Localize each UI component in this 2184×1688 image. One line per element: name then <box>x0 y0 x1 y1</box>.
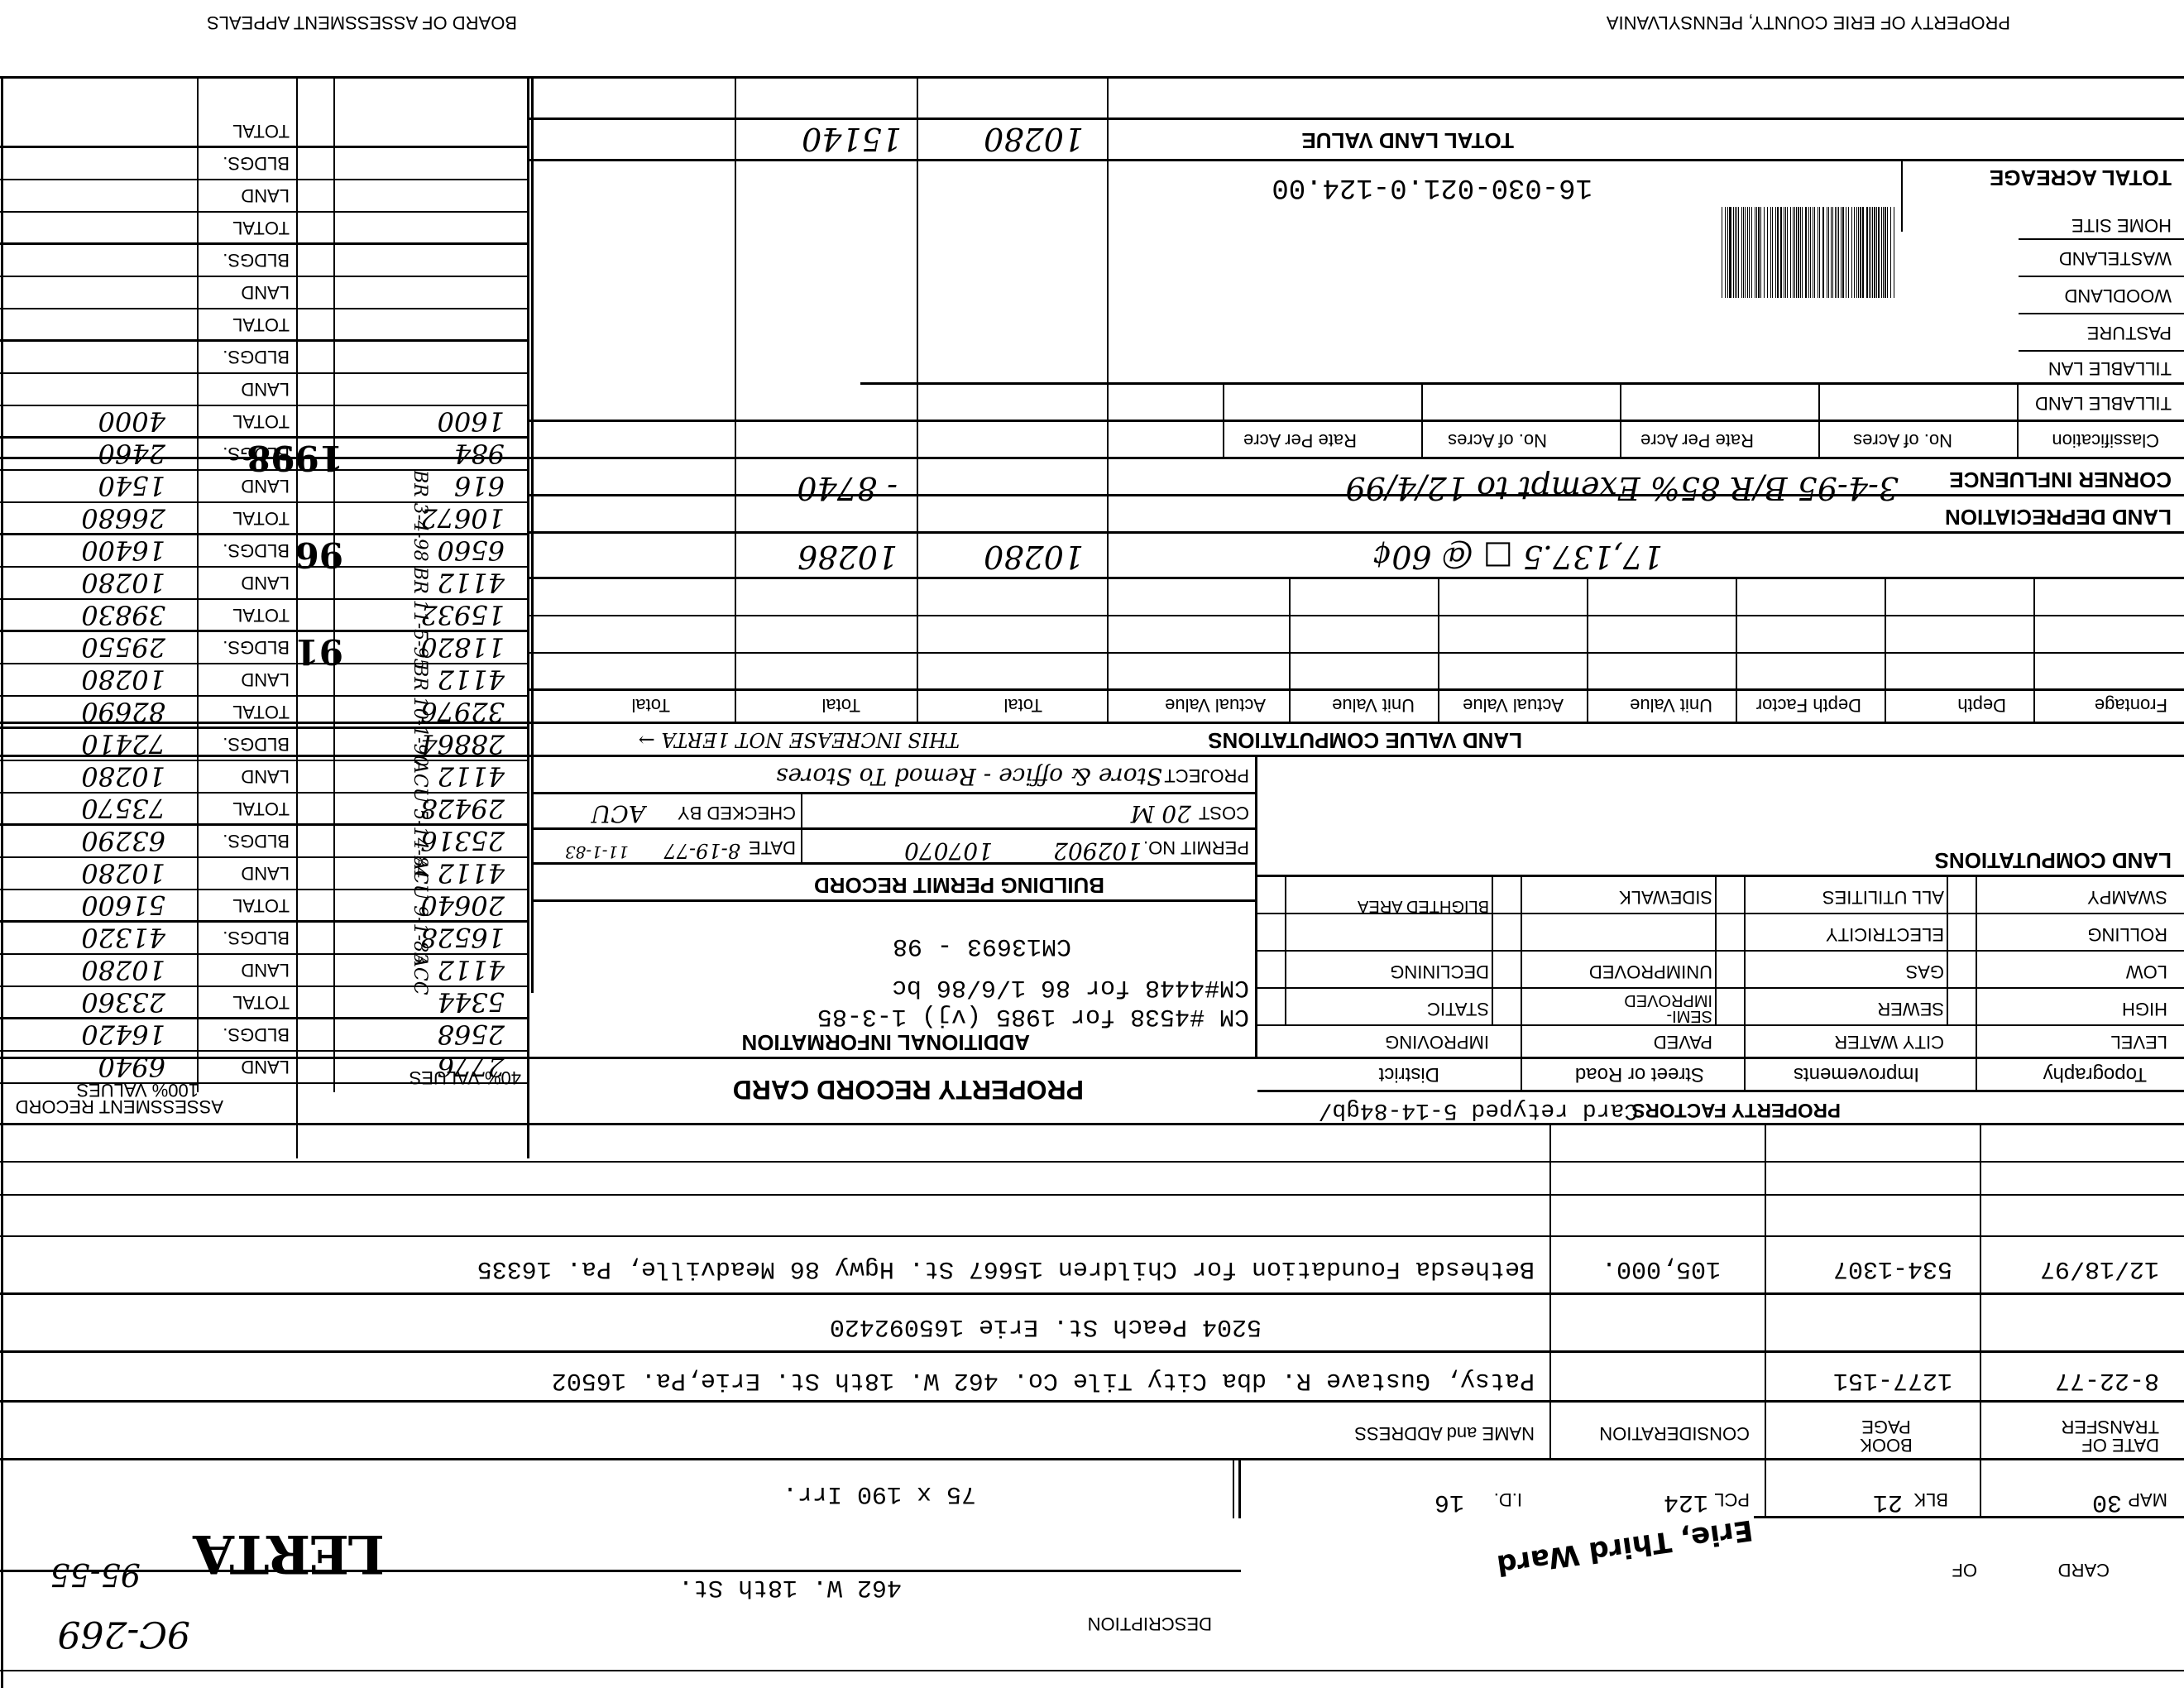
board-title: BOARD OF ASSESSMENT APPEALS <box>207 12 517 33</box>
value-40: 4112 <box>438 857 505 889</box>
barcode-bar <box>1831 207 1832 298</box>
transfer-name: 5204 Peach St. Erie 165092420 <box>830 1312 1262 1340</box>
permit-date-2: 11-1-83 <box>565 842 629 862</box>
barcode-bar <box>1730 207 1731 298</box>
divider <box>860 382 2184 385</box>
divider <box>1289 579 1291 724</box>
barcode-bar <box>1866 207 1867 298</box>
col-acres-2: No. of Acres <box>1448 429 1547 451</box>
factor-all-utilities: ALL UTILITIES <box>1822 886 1944 908</box>
barcode-bar <box>1848 207 1849 298</box>
divider <box>529 117 2184 120</box>
divider <box>1620 385 1621 459</box>
lerta-note: 95-55 <box>50 1556 141 1593</box>
barcode-bar <box>1741 207 1742 298</box>
value-100: 1540 <box>98 470 165 501</box>
value-100: 29550 <box>81 631 165 663</box>
barcode-bar <box>1793 207 1794 298</box>
value-40: 2776 <box>438 1051 505 1082</box>
value-100: 23360 <box>81 986 165 1018</box>
pcl-label: PCL <box>1714 1489 1750 1510</box>
divider <box>1223 385 1224 459</box>
permit-no-1: 102902 <box>1053 837 1142 865</box>
col-date-of-transfer: DATE OF TRANSFER <box>1994 1417 2159 1454</box>
factor-blighted-area: BLIGHTED AREA <box>1340 898 1489 914</box>
barcode-bar <box>1755 207 1755 298</box>
factor-gas: GAS <box>1906 961 1944 982</box>
divider <box>0 1350 2184 1353</box>
lerta-stamp: LERTA <box>194 1523 385 1585</box>
row-label: BLDGS. <box>223 249 290 271</box>
row-label: LAND <box>241 959 290 981</box>
barcode-bar <box>1814 207 1815 298</box>
permit-no-label: PERMIT NO. <box>1143 837 1249 858</box>
row-label: BLDGS. <box>223 346 290 367</box>
barcode-bar <box>1860 207 1861 298</box>
value-40: 16528 <box>420 922 505 953</box>
col-unit-value-2: Unit Value <box>1332 694 1415 716</box>
barcode-bar <box>1749 207 1750 298</box>
barcode-bar <box>1758 207 1759 298</box>
divider <box>1754 1516 2184 1518</box>
barcode-bar <box>1772 207 1773 298</box>
barcode-bar <box>1894 207 1894 298</box>
id-label: I.D. <box>1494 1489 1522 1510</box>
additional-info-line-2: CM#4448 for 86 1/6/86 bc <box>892 973 1249 1001</box>
row-label: TOTAL <box>232 991 290 1013</box>
value-40: 4112 <box>438 567 505 598</box>
divider <box>1976 1059 1977 1092</box>
divider <box>0 242 529 245</box>
acreage-row-tillable-lan: TILLABLE LAN <box>2048 357 2172 379</box>
divider <box>296 79 298 1158</box>
barcode-bar <box>1780 207 1781 298</box>
barcode-bar <box>1798 207 1799 298</box>
divider <box>0 372 529 374</box>
value-100: 6940 <box>98 1051 165 1082</box>
factor-electricity: ELECTRICITY <box>1826 923 1944 945</box>
row-label: TOTAL <box>232 410 290 432</box>
property-record-card-title: PROPERTY RECORD CARD <box>733 1074 1084 1105</box>
divider <box>1587 579 1588 724</box>
col-classification: Classification <box>2052 429 2159 451</box>
divider <box>2019 238 2184 240</box>
factor-low: LOW <box>2126 961 2167 982</box>
value-40: 11820 <box>420 631 505 663</box>
factor-semi-improved: SEMI-IMPROVED <box>1597 992 1712 1024</box>
divider <box>1257 1024 2184 1026</box>
row-label: LAND <box>241 281 290 303</box>
barcode-bar <box>1854 207 1855 298</box>
divider <box>0 722 2184 724</box>
divider <box>1715 877 1717 1026</box>
barcode-bar <box>1823 207 1824 298</box>
divider <box>0 339 529 342</box>
row-label: LAND <box>241 669 290 690</box>
col-total-2: Total <box>822 694 860 716</box>
map-value: 30 <box>2092 1488 2122 1516</box>
divider <box>197 79 199 1092</box>
col-actual-value-2: Actual Value <box>1165 694 1266 716</box>
barcode-bar <box>1851 207 1852 298</box>
value-100: 10280 <box>81 664 165 695</box>
barcode-bar <box>1722 207 1722 298</box>
divider <box>1744 1059 1746 1092</box>
frame-right <box>1 79 3 1688</box>
row-label: LAND <box>241 862 290 884</box>
additional-info-line-3: CM13693 - 98 <box>893 932 1071 960</box>
divider <box>0 1670 2184 1671</box>
row-label: BLDGS. <box>223 636 290 658</box>
divider <box>0 1458 2184 1460</box>
divider <box>1818 385 1820 459</box>
value-40: 4112 <box>438 954 505 985</box>
checked-by-label: CHECKED BY <box>678 802 796 823</box>
barcode-bar <box>1842 207 1843 298</box>
barcode-bar <box>1837 207 1837 298</box>
assessment-year: 1998 <box>247 438 343 478</box>
barcode-bar <box>1872 207 1873 298</box>
row-label: TOTAL <box>232 314 290 335</box>
barcode-bar <box>1885 207 1885 298</box>
barcode-bar <box>1727 207 1728 298</box>
divider <box>1233 1460 1234 1518</box>
row-label: TOTAL <box>232 894 290 916</box>
barcode-bar <box>1846 207 1846 298</box>
value-40: 10672 <box>420 502 505 534</box>
barcode-bar <box>1874 207 1875 298</box>
barcode-bar <box>1885 207 1886 298</box>
parcel-barcode <box>1564 207 1894 298</box>
divider <box>1255 757 1257 1059</box>
total-land-value-label: TOTAL LAND VALUE <box>1301 127 1514 153</box>
acreage-row-home-site: HOME SITE <box>2071 214 2172 236</box>
value-100: 10280 <box>81 954 165 985</box>
divider <box>1107 79 1109 161</box>
property-factors-title: PROPERTY FACTORS <box>1632 1098 1842 1121</box>
barcode-bar <box>1832 207 1833 298</box>
divider <box>529 615 2184 616</box>
col-name-address: NAME and ADDRESS <box>1354 1422 1535 1444</box>
county-title: PROPERTY OF ERIE COUNTY, PENNSYLVANIA <box>1607 12 2010 33</box>
barcode-bar <box>1861 207 1861 298</box>
value-100: 10280 <box>81 857 165 889</box>
blk-value: 21 <box>1873 1488 1903 1516</box>
barcode-bar <box>1883 207 1884 298</box>
land-computations-title: LAND COMPUTATIONS <box>1935 847 2172 873</box>
value-100: 73570 <box>81 793 165 824</box>
divider <box>2017 385 2019 459</box>
of-label: OF <box>1952 1559 1977 1580</box>
barcode-bar <box>1800 207 1801 298</box>
blk-label: BLK <box>1913 1489 1948 1510</box>
row-label: BLDGS. <box>223 152 290 174</box>
row-label: TOTAL <box>232 507 290 529</box>
barcode-bar <box>1729 207 1730 298</box>
value-100: 72410 <box>81 728 165 760</box>
divider <box>534 827 1257 830</box>
barcode-bar <box>1810 207 1811 298</box>
row-label: TOTAL <box>232 120 290 141</box>
divider <box>2019 313 2184 314</box>
value-100: 63290 <box>81 825 165 856</box>
transfer-consideration: 105,000. <box>1602 1254 1721 1283</box>
divider <box>0 1057 2184 1059</box>
divider <box>1521 877 1522 1059</box>
barcode-bar <box>1818 207 1818 298</box>
value-40: 15932 <box>420 599 505 631</box>
divider <box>0 146 529 148</box>
row-label: LAND <box>241 765 290 787</box>
divider <box>735 161 736 724</box>
col-frontage: Frontage <box>2095 694 2167 716</box>
assessment-note: ACC <box>409 954 430 995</box>
barcode-bar <box>1841 207 1842 298</box>
barcode-bar <box>1784 207 1784 298</box>
divider <box>1257 950 2184 952</box>
ward-stamp: Erie, Third Ward <box>1495 1513 1755 1581</box>
barcode-bar <box>1760 207 1761 298</box>
barcode-bar <box>1745 207 1746 298</box>
barcode-bar <box>1751 207 1752 298</box>
divider <box>534 899 1257 902</box>
divider <box>0 1570 1241 1572</box>
cost-value: 20 M <box>1131 800 1191 827</box>
map-label: MAP <box>2128 1489 2167 1510</box>
description-address: 462 W. 18th St. <box>678 1573 902 1601</box>
barcode-bar <box>1725 207 1726 298</box>
value-40: 29428 <box>420 793 505 824</box>
value-40: 28864 <box>420 728 505 760</box>
id-value: 16 <box>1434 1488 1464 1516</box>
value-100: 82690 <box>81 696 165 727</box>
divider <box>1238 1460 1241 1518</box>
barcode-bar <box>1777 207 1778 298</box>
additional-info-line-1: CM #4538 for 1985 (vj) 1-3-85 <box>817 1002 1249 1030</box>
value-40: 32976 <box>420 696 505 727</box>
divider <box>1257 1090 2184 1092</box>
col-depth-factor: Depth Factor <box>1756 694 1861 716</box>
divider <box>1744 877 1746 1059</box>
divider <box>529 531 2184 534</box>
barcode-bar <box>1796 207 1797 298</box>
factor-level: LEVEL <box>2111 1031 2168 1053</box>
card-retyped-note: Card retyped 5-14-84gb/ <box>1319 1097 1638 1123</box>
barcode-bar <box>1827 207 1827 298</box>
total-acreage-label: TOTAL ACREAGE <box>1990 165 2172 190</box>
divider <box>0 276 529 277</box>
factor-paved: PAVED <box>1654 1031 1712 1053</box>
barcode-bar <box>1787 207 1788 298</box>
value-100: 16400 <box>81 535 165 566</box>
divider <box>529 420 2184 422</box>
checked-by-value: ACU <box>591 800 645 827</box>
barcode-bar <box>1869 207 1870 298</box>
col-rate-1: Rate Per Acre <box>1640 429 1754 451</box>
parcel-number-text: 16-030-021.0-124.00 <box>1272 171 1592 203</box>
barcode-bar <box>1775 207 1776 298</box>
project-value: Store & office - Remod To Stores <box>776 763 1162 790</box>
corner-influence-value: - 8740 <box>797 470 898 506</box>
permit-date-1: 8-19-77 <box>663 839 740 862</box>
property-record-card: PROPERTY OF ERIE COUNTY, PENNSYLVANIA BO… <box>0 0 2184 1688</box>
divider <box>1257 875 2184 877</box>
acreage-row-tillable-land: TILLABLE LAND <box>2035 392 2172 414</box>
factor-rolling: ROLLING <box>2087 923 2167 945</box>
land-depreciation-value-2: 10286 <box>797 539 898 575</box>
barcode-bar <box>1863 207 1864 298</box>
barcode-bar <box>1858 207 1859 298</box>
barcode-bar <box>1798 207 1798 298</box>
value-100: 41320 <box>81 922 165 953</box>
row-label: LAND <box>241 378 290 400</box>
divider <box>1421 385 1423 459</box>
divider <box>0 211 529 213</box>
value-40: 1600 <box>438 405 505 437</box>
value-100: 26680 <box>81 502 165 534</box>
divider <box>0 1235 2184 1237</box>
frame-top-line <box>0 76 2184 79</box>
corner-influence-label: CORNER INFLUENCE <box>1949 467 2172 492</box>
barcode-bar <box>1747 207 1748 298</box>
divider <box>0 755 2184 757</box>
factor-swampy: SWAMPY <box>2087 886 2167 908</box>
divider <box>0 1161 2184 1163</box>
corner-influence-note: 3-4-95 B/R 85% Exempt to 12/4/99 <box>1345 470 1899 506</box>
factor-col-topography: Topography <box>2043 1062 2147 1086</box>
value-100: 39830 <box>81 599 165 631</box>
divider <box>0 1292 2184 1295</box>
value-40: 4112 <box>438 664 505 695</box>
divider <box>529 652 2184 654</box>
factor-city-water: CITY WATER <box>1834 1031 1944 1053</box>
barcode-bar <box>1813 207 1813 298</box>
factor-col-district: District <box>1379 1062 1439 1086</box>
additional-info-title: ADDITIONAL INFORMATION <box>741 1029 1030 1055</box>
building-permit-title: BUILDING PERMIT RECORD <box>814 872 1104 898</box>
col-actual-value-1: Actual Value <box>1463 694 1564 716</box>
divider <box>1736 579 1737 724</box>
divider <box>0 1082 529 1084</box>
description-label: DESCRIPTION <box>1088 1613 1212 1634</box>
col-total-3: Total <box>632 694 670 716</box>
factor-sewer: SEWER <box>1877 998 1944 1019</box>
barcode-bar <box>1794 207 1795 298</box>
row-label: LAND <box>241 185 290 206</box>
divider <box>0 1194 2184 1196</box>
divider <box>1976 877 1977 1059</box>
barcode-bar <box>1781 207 1782 298</box>
value-40: 5344 <box>438 986 505 1018</box>
card-label: CARD <box>2058 1559 2110 1580</box>
value-40: 20640 <box>420 890 505 921</box>
land-value-computations-title: LAND VALUE COMPUTATIONS <box>1208 727 1522 753</box>
divider <box>1885 579 1886 724</box>
col-total-1: Total <box>1004 694 1042 716</box>
cost-label: COST <box>1199 802 1249 823</box>
increase-annotation: THIS INCREASE NOT 1ERTA → <box>639 728 960 751</box>
barcode-bar <box>1735 207 1736 298</box>
divider <box>333 79 335 1092</box>
divider <box>1980 1125 1981 1518</box>
value-40: 2568 <box>438 1019 505 1050</box>
barcode-bar <box>1867 207 1868 298</box>
col-consideration: CONSIDERATION <box>1599 1422 1750 1444</box>
description-dimensions: 75 x 190 Irr. <box>783 1479 976 1508</box>
barcode-bar <box>1881 207 1882 298</box>
value-100: 10280 <box>81 760 165 792</box>
divider <box>0 179 529 180</box>
divider <box>529 577 2184 579</box>
row-label: BLDGS. <box>223 1024 290 1045</box>
barcode-bar <box>1743 207 1744 298</box>
row-label: LAND <box>241 572 290 593</box>
assessment-year: 96 <box>295 535 343 575</box>
permit-date-label: DATE <box>749 837 796 858</box>
barcode-bar <box>1806 207 1807 298</box>
divider <box>527 79 529 1158</box>
divider <box>1257 987 2184 989</box>
divider <box>0 1123 2184 1125</box>
row-label: BLDGS. <box>223 830 290 851</box>
divider <box>2033 579 2035 724</box>
acreage-row-pasture: PASTURE <box>2087 322 2172 343</box>
permit-no-2: 107070 <box>904 837 993 865</box>
factor-sidewalk: SIDEWALK <box>1619 886 1712 908</box>
value-40: 984 <box>454 438 505 469</box>
transfer-name: Bethesda Foundation for Children 15667 S… <box>477 1254 1535 1283</box>
barcode-bar <box>1759 207 1760 298</box>
land-depreciation-label: LAND DEPRECIATION <box>1945 504 2172 530</box>
land-depreciation-note: 17,137.5 □ @ 60¢ <box>1372 539 1663 575</box>
value-100: 51600 <box>81 890 165 921</box>
col-acres-1: No. of Acres <box>1853 429 1952 451</box>
transfer-date: 12/18/97 <box>2040 1254 2159 1283</box>
value-40: 616 <box>454 470 505 501</box>
value-40: 6560 <box>438 535 505 566</box>
divider <box>1947 877 1948 1026</box>
divider <box>2019 350 2184 352</box>
divider <box>1521 1059 1522 1092</box>
barcode-bar <box>1731 207 1731 298</box>
barcode-bar <box>1819 207 1820 298</box>
barcode-bar <box>1843 207 1844 298</box>
divider <box>1492 877 1493 1026</box>
assessment-record-title: ASSESSMENT RECORD <box>16 1096 223 1117</box>
divider <box>1107 161 1109 724</box>
factor-col-improvements: Improvements <box>1794 1062 1919 1086</box>
barcode-bar <box>1838 207 1839 298</box>
barcode-bar <box>1764 207 1765 298</box>
transfer-date: 8-22-77 <box>2055 1366 2159 1394</box>
row-label: LAND <box>241 1056 290 1077</box>
barcode-bar <box>1862 207 1863 298</box>
factor-declining: DECLINING <box>1390 961 1489 982</box>
factor-static: STATIC <box>1427 998 1489 1019</box>
divider <box>529 494 2184 496</box>
barcode-bar <box>1756 207 1757 298</box>
acreage-row-wasteland: WASTELAND <box>2059 247 2172 269</box>
project-label: PROJECT <box>1164 765 1249 786</box>
divider <box>0 308 529 309</box>
row-label: TOTAL <box>232 798 290 819</box>
barcode-bar <box>1870 207 1871 298</box>
barcode-bar <box>1887 207 1888 298</box>
factor-improving: IMPROVING <box>1385 1031 1489 1053</box>
divider <box>1901 161 1903 232</box>
divider <box>1549 1125 1551 1460</box>
value-100: 16420 <box>81 1019 165 1050</box>
